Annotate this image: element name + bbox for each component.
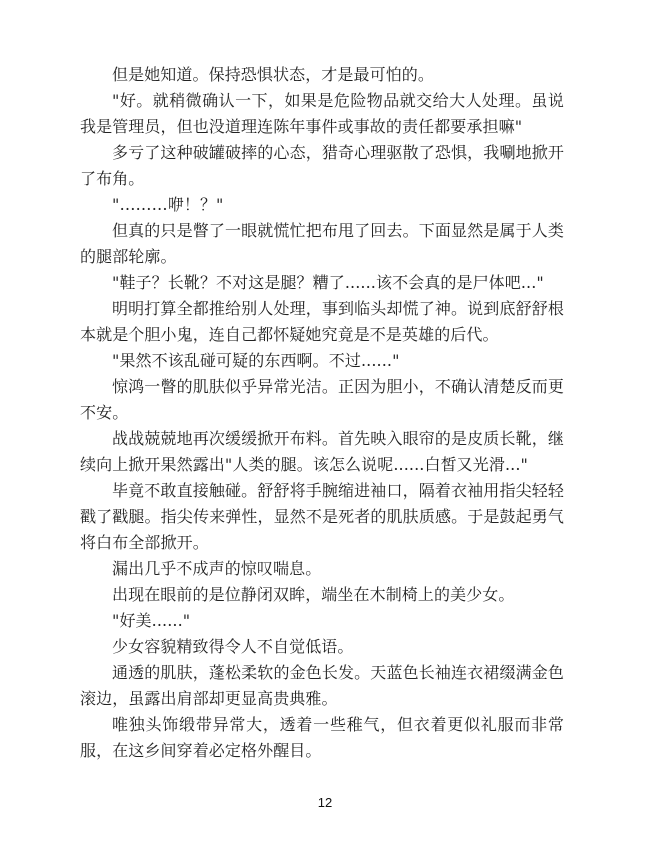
paragraph: 漏出几乎不成声的惊叹喘息。 bbox=[80, 556, 564, 582]
page-number: 12 bbox=[0, 795, 650, 810]
paragraph: 毕竟不敢直接触碰。舒舒将手腕缩进袖口，隔着衣袖用指尖轻轻戳了戳腿。指尖传来弹性，… bbox=[80, 478, 564, 556]
paragraph: "果然不该乱碰可疑的东西啊。不过......" bbox=[80, 348, 564, 374]
paragraph: "好美......" bbox=[80, 608, 564, 634]
paragraph: "………咿！？" bbox=[80, 192, 564, 218]
paragraph: 但真的只是瞥了一眼就慌忙把布甩了回去。下面显然是属于人类的腿部轮廓。 bbox=[80, 218, 564, 270]
paragraph: 明明打算全都推给别人处理，事到临头却慌了神。说到底舒舒根本就是个胆小鬼，连自己都… bbox=[80, 296, 564, 348]
paragraph: 通透的肌肤，蓬松柔软的金色长发。天蓝色长袖连衣裙缀满金色滚边，虽露出肩部却更显高… bbox=[80, 660, 564, 712]
paragraph: "好。就稍微确认一下，如果是危险物品就交给大人处理。虽说我是管理员，但也没道理连… bbox=[80, 88, 564, 140]
paragraph: 少女容貌精致得令人不自觉低语。 bbox=[80, 634, 564, 660]
paragraph: 唯独头饰缎带异常大，透着一些稚气，但衣着更似礼服而非常服，在这乡间穿着必定格外醒… bbox=[80, 712, 564, 764]
page-body: 但是她知道。保持恐惧状态，才是最可怕的。 "好。就稍微确认一下，如果是危险物品就… bbox=[80, 62, 564, 764]
paragraph: "鞋子？长靴？不对这是腿？糟了......该不会真的是尸体吧..." bbox=[80, 270, 564, 296]
paragraph: 出现在眼前的是位静闭双眸，端坐在木制椅上的美少女。 bbox=[80, 582, 564, 608]
paragraph: 惊鸿一瞥的肌肤似乎异常光洁。正因为胆小，不确认清楚反而更不安。 bbox=[80, 374, 564, 426]
paragraph: 但是她知道。保持恐惧状态，才是最可怕的。 bbox=[80, 62, 564, 88]
paragraph: 战战兢兢地再次缓缓掀开布料。首先映入眼帘的是皮质长靴，继续向上掀开果然露出"人类… bbox=[80, 426, 564, 478]
paragraph: 多亏了这种破罐破摔的心态，猎奇心理驱散了恐惧，我唰地掀开了布角。 bbox=[80, 140, 564, 192]
